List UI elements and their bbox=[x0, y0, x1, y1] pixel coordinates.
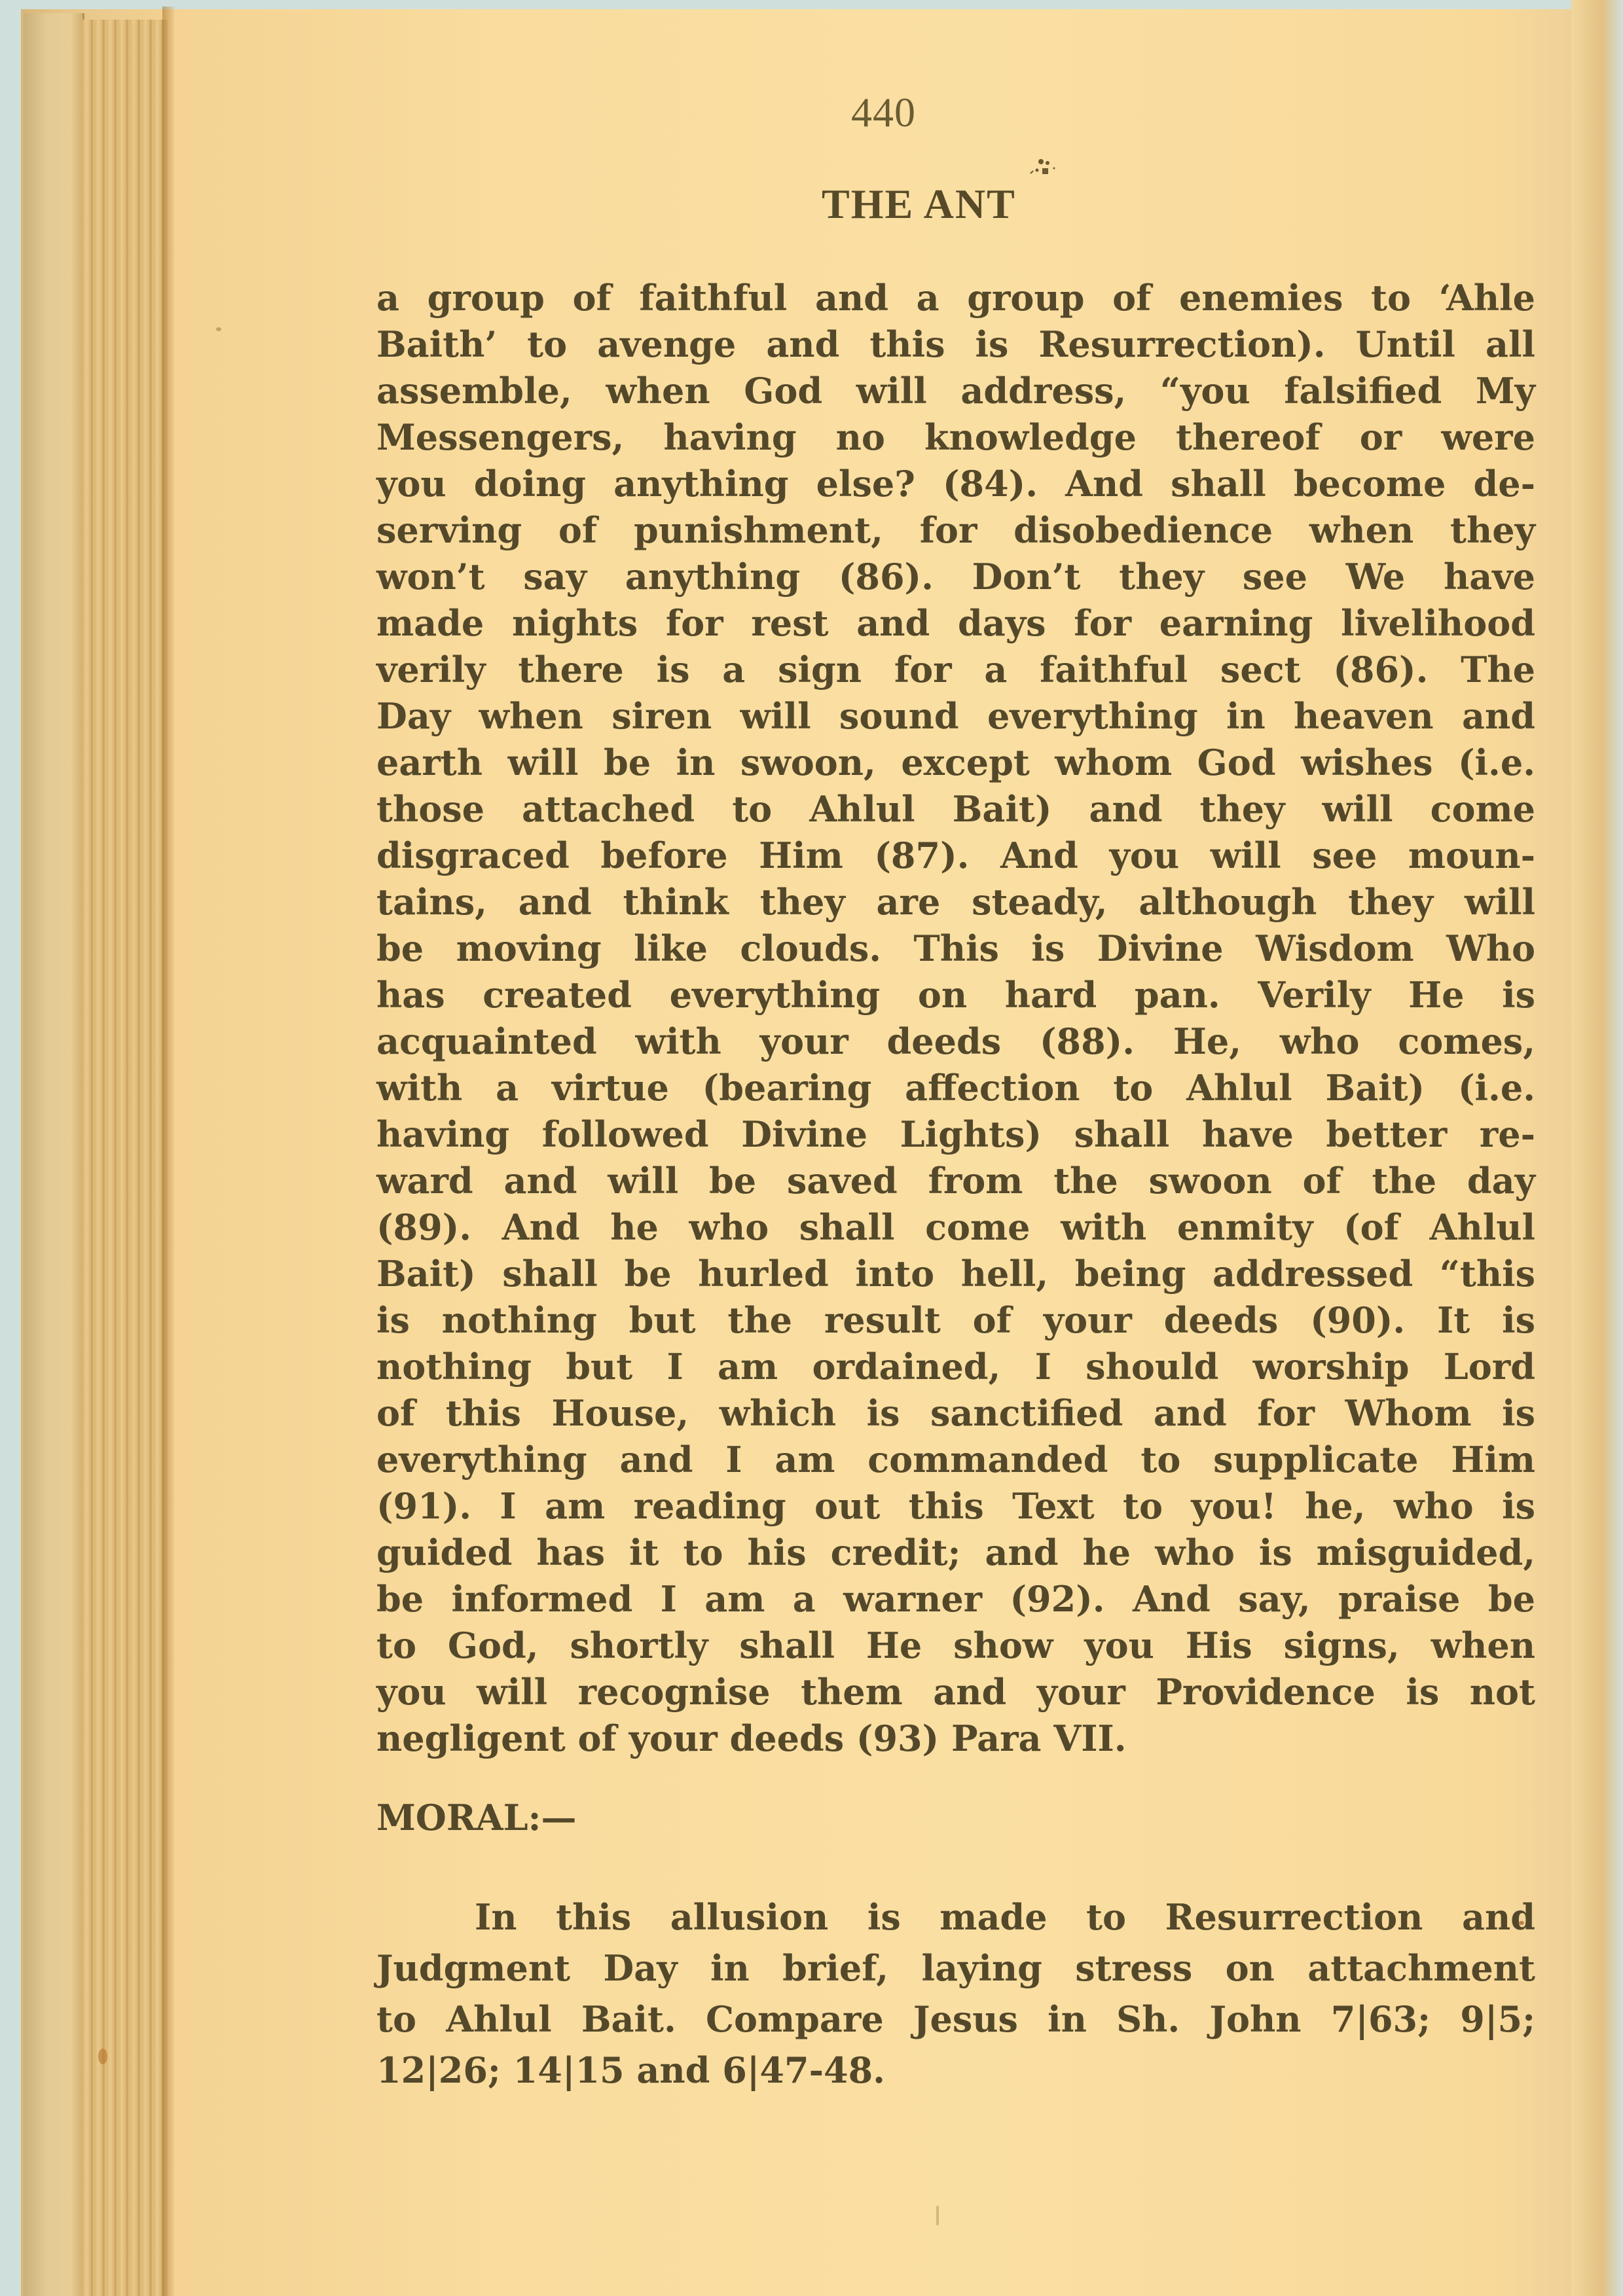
text-line: assemble, when God will address, “you fa… bbox=[376, 368, 1535, 414]
text-line: ward and will be saved from the swoon of… bbox=[376, 1158, 1535, 1204]
ink-blot-icon bbox=[1021, 154, 1061, 187]
text-line: guided has it to his credit; and he who … bbox=[376, 1530, 1535, 1576]
text-line: (91). I am reading out this Text to you!… bbox=[376, 1483, 1535, 1530]
moral-line: 12|26; 14|15 and 6|47-48. bbox=[376, 2045, 1535, 2096]
text-line: tains, and think they are steady, althou… bbox=[376, 879, 1535, 925]
text-line: having followed Divine Lights) shall hav… bbox=[376, 1111, 1535, 1158]
page-stack-fore-edge bbox=[82, 20, 168, 2296]
text-line: Messengers, having no knowledge thereof … bbox=[376, 414, 1535, 461]
text-line: those attached to Ahlul Bait) and they w… bbox=[376, 786, 1535, 833]
text-line: earth will be in swoon, except whom God … bbox=[376, 740, 1535, 786]
text-line: has created everything on hard pan. Veri… bbox=[376, 972, 1535, 1018]
moral-line: to Ahlul Bait. Compare Jesus in Sh. John… bbox=[376, 1994, 1535, 2045]
text-line: with a virtue (bearing affection to Ahlu… bbox=[376, 1065, 1535, 1111]
paper-speck bbox=[1519, 1921, 1524, 1925]
text-line: you will recognise them and your Provide… bbox=[376, 1669, 1535, 1715]
text-line: serving of punishment, for disobedience … bbox=[376, 507, 1535, 554]
text-line: nothing but I am ordained, I should wors… bbox=[376, 1344, 1535, 1390]
previous-pages-edge bbox=[24, 13, 84, 2296]
text-line: verily there is a sign for a faithful se… bbox=[376, 647, 1535, 693]
text-line: you doing anything else? (84). And shall… bbox=[376, 461, 1535, 507]
text-line: negligent of your deeds (93) Para VII. bbox=[376, 1715, 1535, 1762]
text-line: be moving like clouds. This is Divine Wi… bbox=[376, 925, 1535, 972]
page-right-edge bbox=[1571, 0, 1623, 2296]
text-line: won’t say anything (86). Don’t they see … bbox=[376, 554, 1535, 600]
paper-speck bbox=[216, 327, 221, 331]
text-line: a group of faithful and a group of enemi… bbox=[376, 275, 1535, 321]
text-line: everything and I am commanded to supplic… bbox=[376, 1437, 1535, 1483]
book-gutter-shadow bbox=[162, 7, 174, 2296]
text-line: Bait) shall be hurled into hell, being a… bbox=[376, 1251, 1535, 1297]
text-line: Day when siren will sound everything in … bbox=[376, 693, 1535, 740]
text-line: be informed I am a warner (92). And say,… bbox=[376, 1576, 1535, 1623]
paper-speck bbox=[936, 2206, 939, 2225]
moral-line: In this allusion is made to Resurrection… bbox=[376, 1892, 1535, 1943]
text-line: acquainted with your deeds (88). He, who… bbox=[376, 1018, 1535, 1065]
text-line: of this House, which is sanctified and f… bbox=[376, 1390, 1535, 1437]
running-head-title: THE ANT bbox=[822, 180, 1016, 228]
moral-heading: MORAL:— bbox=[376, 1797, 577, 1839]
text-line: disgraced before Him (87). And you will … bbox=[376, 833, 1535, 879]
body-paragraph: a group of faithful and a group of enemi… bbox=[376, 275, 1535, 1762]
scanner-bed-top bbox=[21, 0, 1623, 9]
text-line: to God, shortly shall He show you His si… bbox=[376, 1623, 1535, 1669]
moral-paragraph: In this allusion is made to Resurrection… bbox=[376, 1892, 1535, 2096]
moral-line: Judgment Day in brief, laying stress on … bbox=[376, 1943, 1535, 1994]
text-line: Baith’ to avenge and this is Resurrectio… bbox=[376, 321, 1535, 368]
text-line: made nights for rest and days for earnin… bbox=[376, 600, 1535, 647]
text-line: (89). And he who shall come with enmity … bbox=[376, 1204, 1535, 1251]
text-line: is nothing but the result of your deeds … bbox=[376, 1297, 1535, 1344]
page-number: 440 bbox=[851, 88, 916, 137]
paper-speck bbox=[98, 2049, 107, 2064]
